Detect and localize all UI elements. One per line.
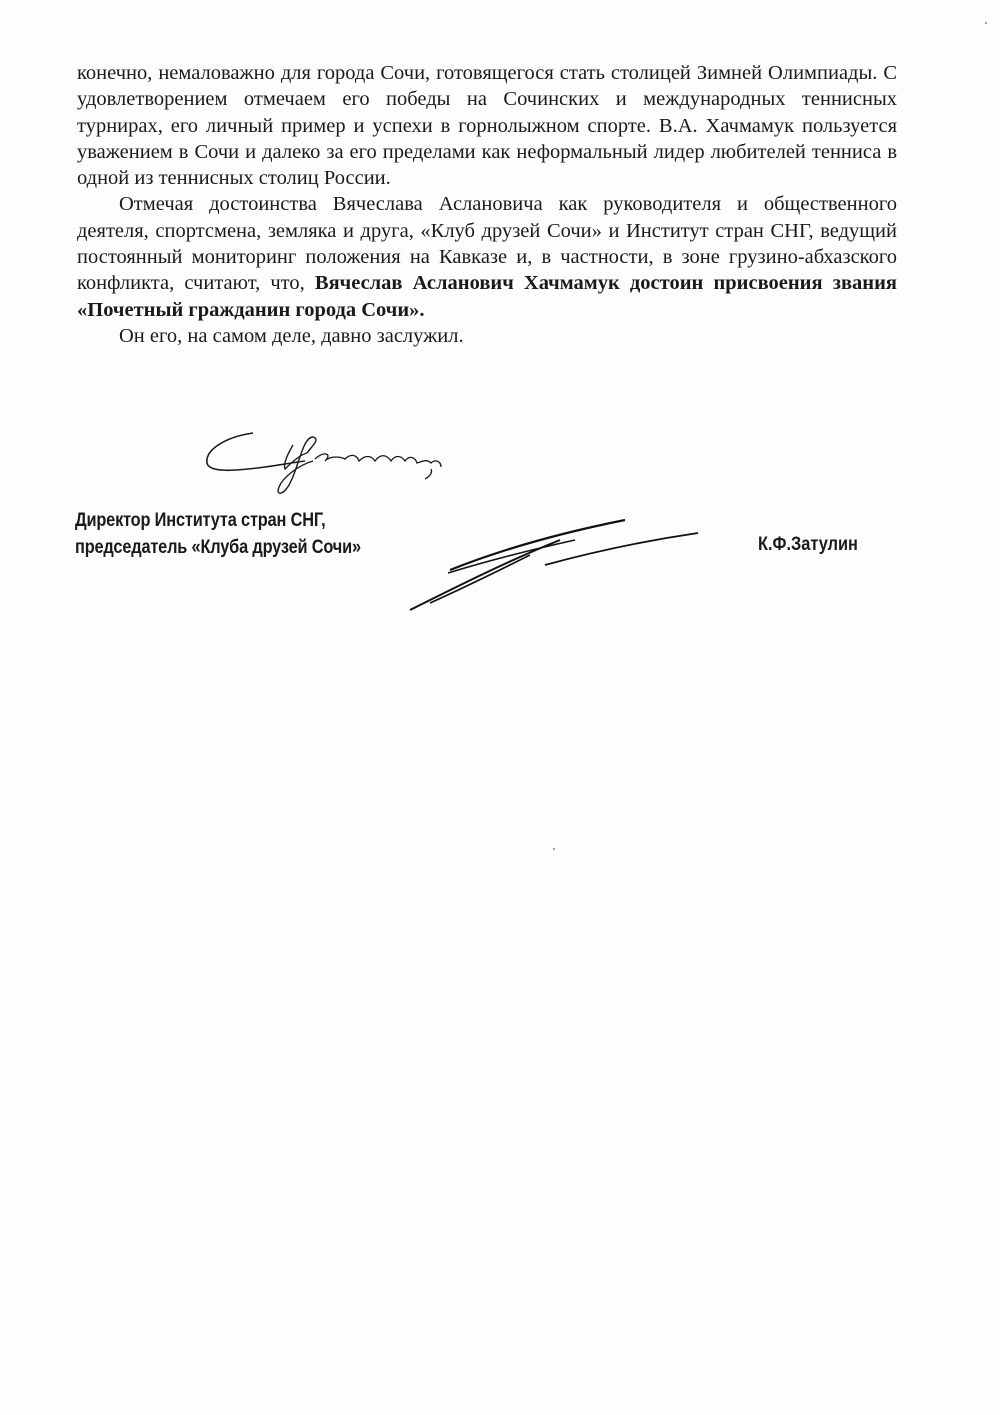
signatory-position: Директор Института стран СНГ,: [75, 507, 361, 534]
letter-body: конечно, немаловажно для города Сочи, го…: [77, 60, 897, 349]
signatory-name: К.Ф.Затулин: [758, 534, 858, 556]
document-page: конечно, немаловажно для города Сочи, го…: [0, 0, 1000, 1415]
scan-speck: [553, 848, 555, 850]
paragraph-text: конечно, немаловажно для города Сочи, го…: [77, 62, 897, 189]
signatory-role: председатель «Клуба друзей Сочи»: [75, 534, 361, 561]
scan-speck: [985, 22, 987, 24]
signatory-title: Директор Института стран СНГ, председате…: [75, 507, 361, 561]
paragraph-continuation: конечно, немаловажно для города Сочи, го…: [77, 60, 897, 191]
paragraph-text: Он его, на самом деле, давно заслужил.: [119, 325, 464, 347]
paragraph-final: Он его, на самом деле, давно заслужил.: [77, 323, 897, 349]
signature-mark: [400, 515, 710, 615]
paragraph-recommendation: Отмечая достоинства Вячеслава Аслановича…: [77, 191, 897, 322]
handwritten-closing: С уважением,: [195, 425, 525, 505]
